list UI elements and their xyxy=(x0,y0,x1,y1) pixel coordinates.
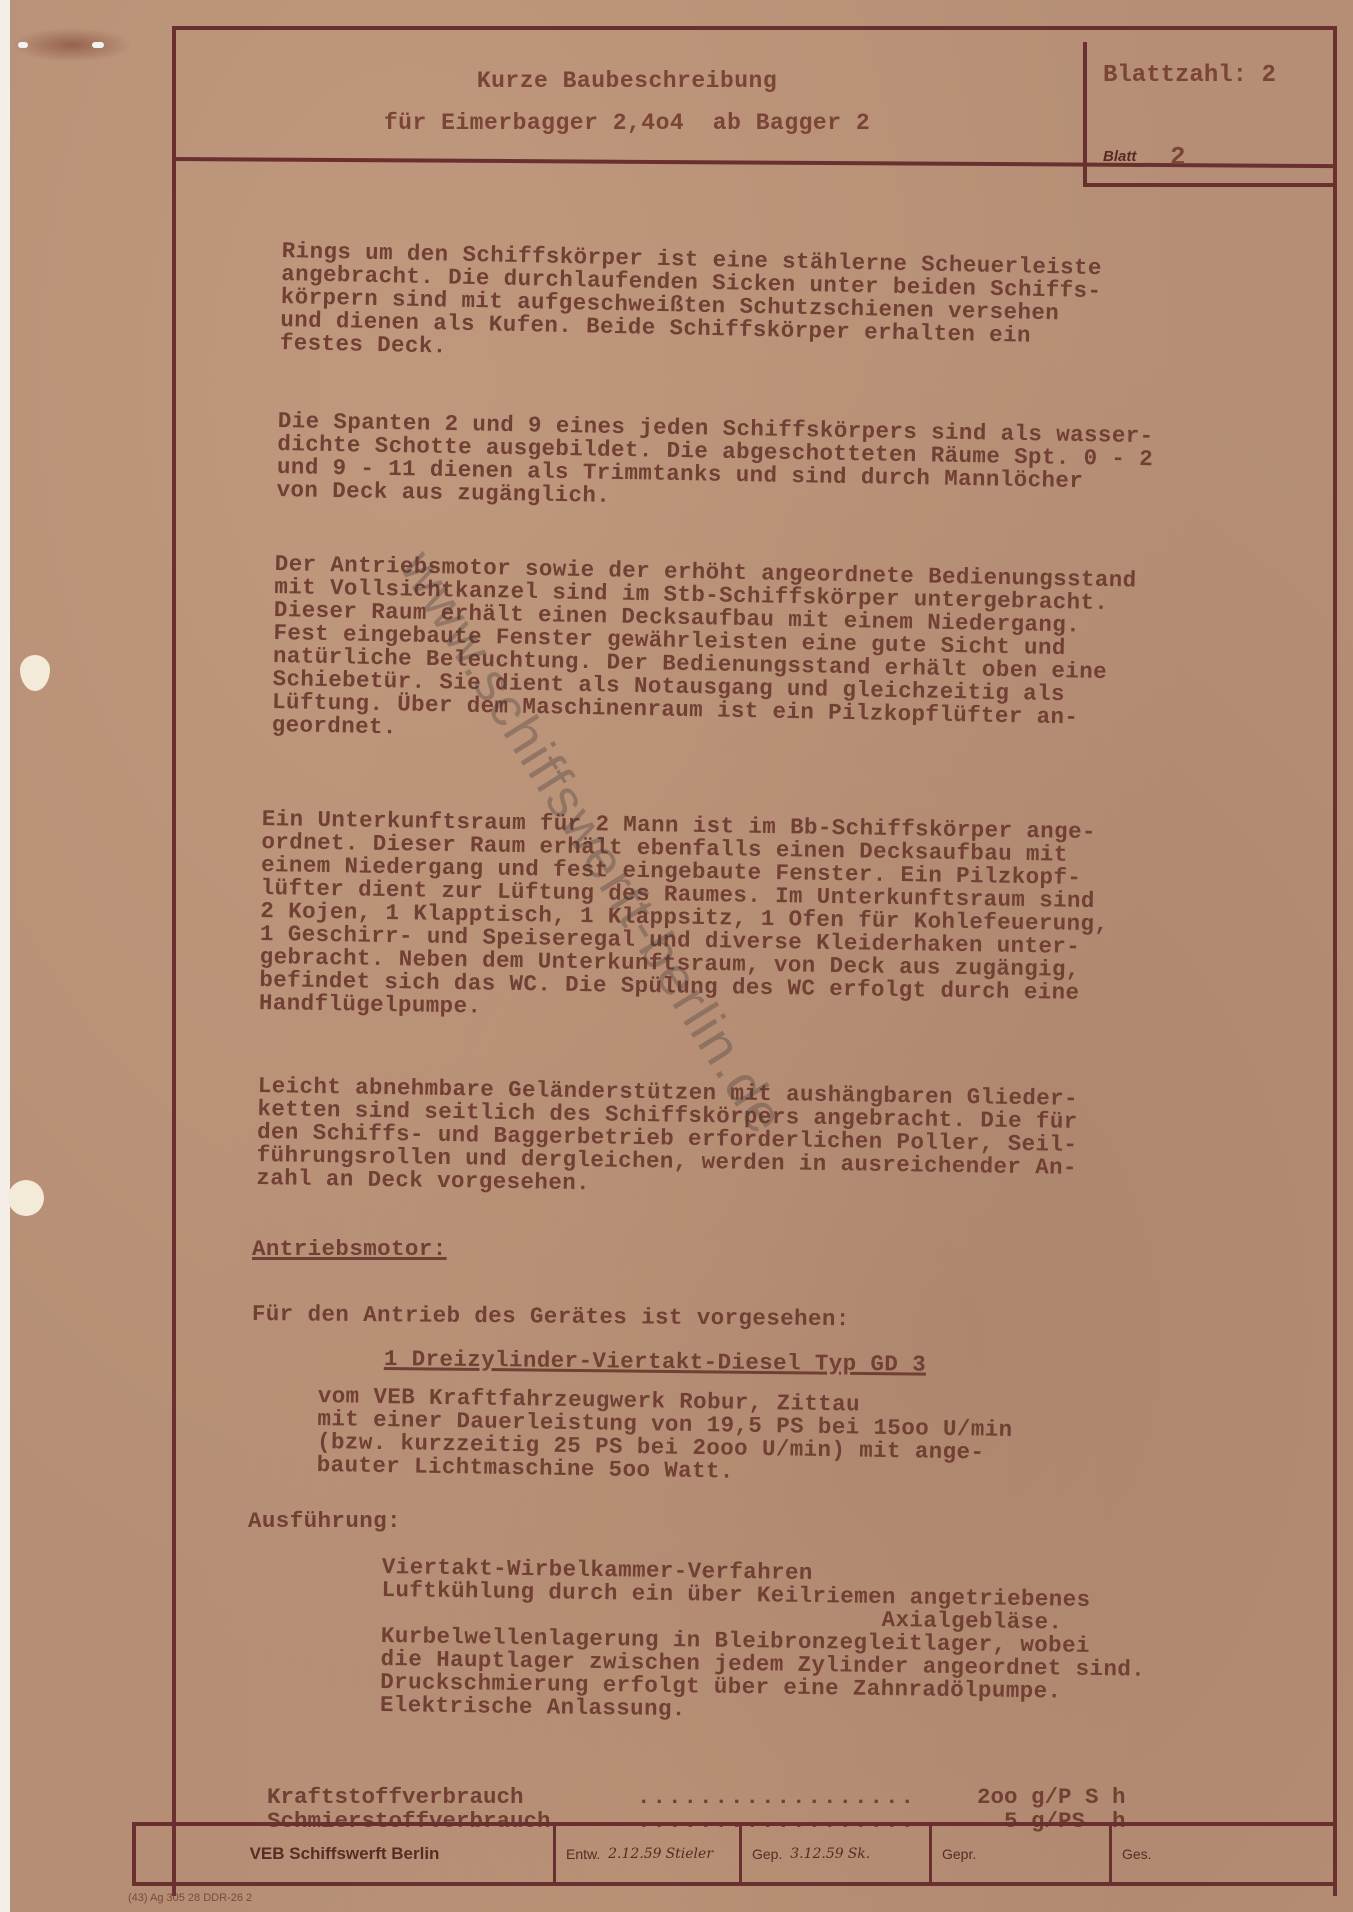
checked-by-signature: Sk. xyxy=(848,1846,871,1862)
sheet-label: Blatt xyxy=(1103,148,1136,165)
scan-edge xyxy=(0,0,10,1912)
approved-cell: Gepr. xyxy=(932,1826,1112,1882)
sheet-count-label: Blattzahl: xyxy=(1103,62,1247,89)
engine-intro: Für den Antrieb des Gerätes ist vorgeseh… xyxy=(252,1303,850,1331)
viewed-cell: Ges. xyxy=(1112,1826,1337,1882)
viewed-label: Ges. xyxy=(1122,1846,1152,1862)
drawn-by-date: 2.12.59 xyxy=(608,1846,661,1862)
section-heading-engine: Antriebsmotor: xyxy=(252,1238,447,1261)
title-line-1: Kurze Baubeschreibung xyxy=(172,60,1082,102)
design-items: Viertakt-Wirbelkammer-Verfahren Luftkühl… xyxy=(380,1556,1147,1728)
engine-type: 1 Dreizylinder-Viertakt-Diesel Typ GD 3 xyxy=(384,1348,926,1377)
paragraph-hull: Rings um den Schiffskörper ist eine stäh… xyxy=(280,240,1102,372)
sheet-count: Blattzahl: 2 xyxy=(1103,62,1276,89)
staple-stain xyxy=(12,28,132,62)
drawn-by-signature: Stieler xyxy=(666,1846,713,1862)
form-code: (43) Ag 305 28 DDR-26 2 xyxy=(128,1892,252,1904)
punch-hole xyxy=(20,655,50,691)
sheet-number: 2 xyxy=(1170,142,1186,172)
checked-by-cell: Gep. 3.12.59Sk. xyxy=(742,1826,932,1882)
section-heading-design: Ausführung: xyxy=(248,1510,401,1533)
drawn-by-label: Entw. xyxy=(566,1846,600,1862)
drawn-by-cell: Entw. 2.12.59Stieler xyxy=(556,1826,742,1882)
staple-hole xyxy=(18,42,28,48)
engine-description: vom VEB Kraftfahrzeugwerk Robur, Zittau … xyxy=(317,1385,1013,1488)
checked-by-label: Gep. xyxy=(752,1846,782,1862)
company-name: VEB Schiffswerft Berlin xyxy=(136,1826,556,1882)
title-block: VEB Schiffswerft Berlin Entw. 2.12.59Sti… xyxy=(132,1822,1337,1886)
sheet-count-value: 2 xyxy=(1261,62,1275,89)
title-line-2: für Eimerbagger 2,4o4 ab Bagger 2 xyxy=(172,102,1082,144)
staple-hole xyxy=(92,42,104,48)
document-title: Kurze Baubeschreibung für Eimerbagger 2,… xyxy=(172,60,1082,144)
punch-hole xyxy=(8,1180,44,1216)
checked-by-date: 3.12.59 xyxy=(790,1846,843,1862)
paragraph-bulkheads: Die Spanten 2 und 9 eines jeden Schiffsk… xyxy=(276,410,1153,517)
paragraph-railings: Leicht abnehmbare Geländerstützen mit au… xyxy=(256,1075,1078,1203)
approved-label: Gepr. xyxy=(942,1846,976,1862)
